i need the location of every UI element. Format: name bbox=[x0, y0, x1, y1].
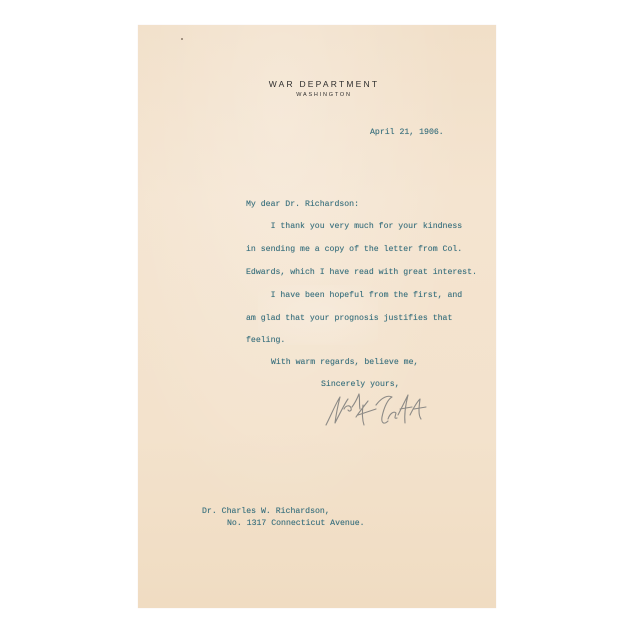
body-line: I thank you very much for your kindness bbox=[246, 222, 462, 231]
body-line: I have been hopeful from the first, and bbox=[246, 291, 462, 300]
paper-speck bbox=[181, 38, 183, 40]
photo-stage: WAR DEPARTMENT WASHINGTON April 21, 1906… bbox=[0, 0, 635, 635]
addressee-street: No. 1317 Connecticut Avenue. bbox=[227, 519, 365, 528]
letterhead-subtitle: WASHINGTON bbox=[145, 92, 503, 98]
letter-paper: WAR DEPARTMENT WASHINGTON April 21, 1906… bbox=[138, 25, 496, 608]
body-line: am glad that your prognosis justifies th… bbox=[246, 314, 452, 323]
signature-scrawl-icon bbox=[318, 385, 438, 440]
letter-salutation: My dear Dr. Richardson: bbox=[246, 200, 359, 209]
closing-line: With warm regards, believe me, bbox=[271, 358, 418, 367]
addressee-name: Dr. Charles W. Richardson, bbox=[202, 507, 330, 516]
letterhead: WAR DEPARTMENT WASHINGTON bbox=[138, 79, 496, 98]
body-line: in sending me a copy of the letter from … bbox=[246, 245, 462, 254]
body-line: Edwards, which I have read with great in… bbox=[246, 268, 477, 277]
letterhead-title: WAR DEPARTMENT bbox=[145, 79, 503, 89]
body-line: feeling. bbox=[246, 336, 285, 345]
handwritten-signature bbox=[318, 385, 438, 440]
letter-date: April 21, 1906. bbox=[370, 128, 444, 137]
